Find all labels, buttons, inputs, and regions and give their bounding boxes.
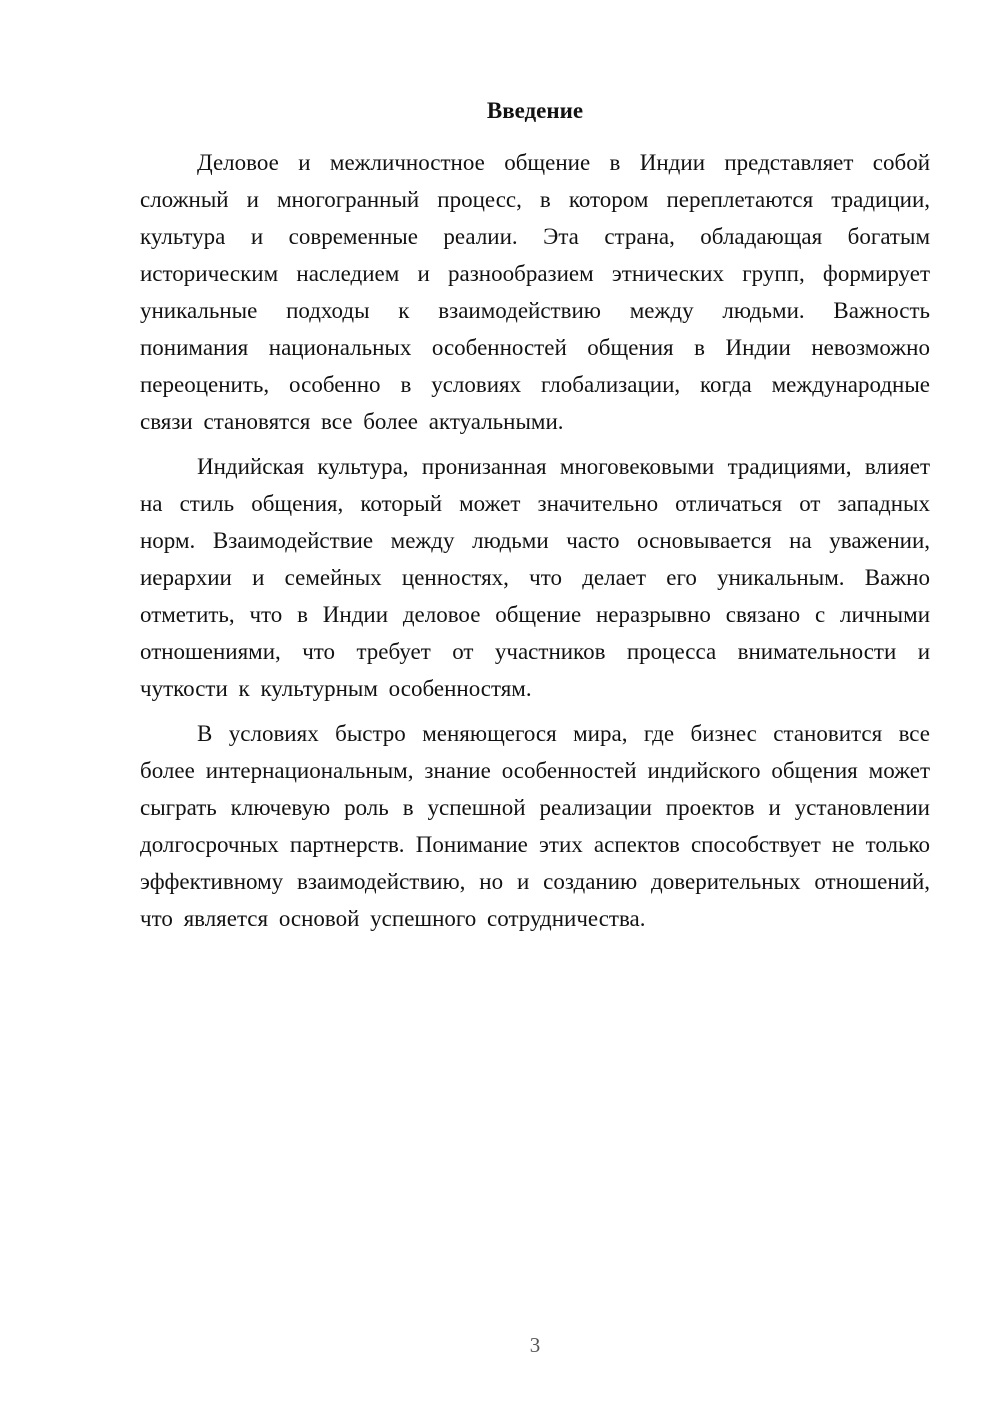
paragraph-intro-1: Деловое и межличностное общение в Индии … — [140, 144, 930, 440]
page-title: Введение — [140, 92, 930, 129]
page-number: 3 — [140, 1330, 930, 1360]
paragraph-intro-2: Индийская культура, пронизанная многовек… — [140, 448, 930, 707]
paragraph-intro-3: В условиях быстро меняющегося мира, где … — [140, 715, 930, 937]
document-page: Введение Деловое и межличностное общение… — [0, 0, 1000, 1414]
